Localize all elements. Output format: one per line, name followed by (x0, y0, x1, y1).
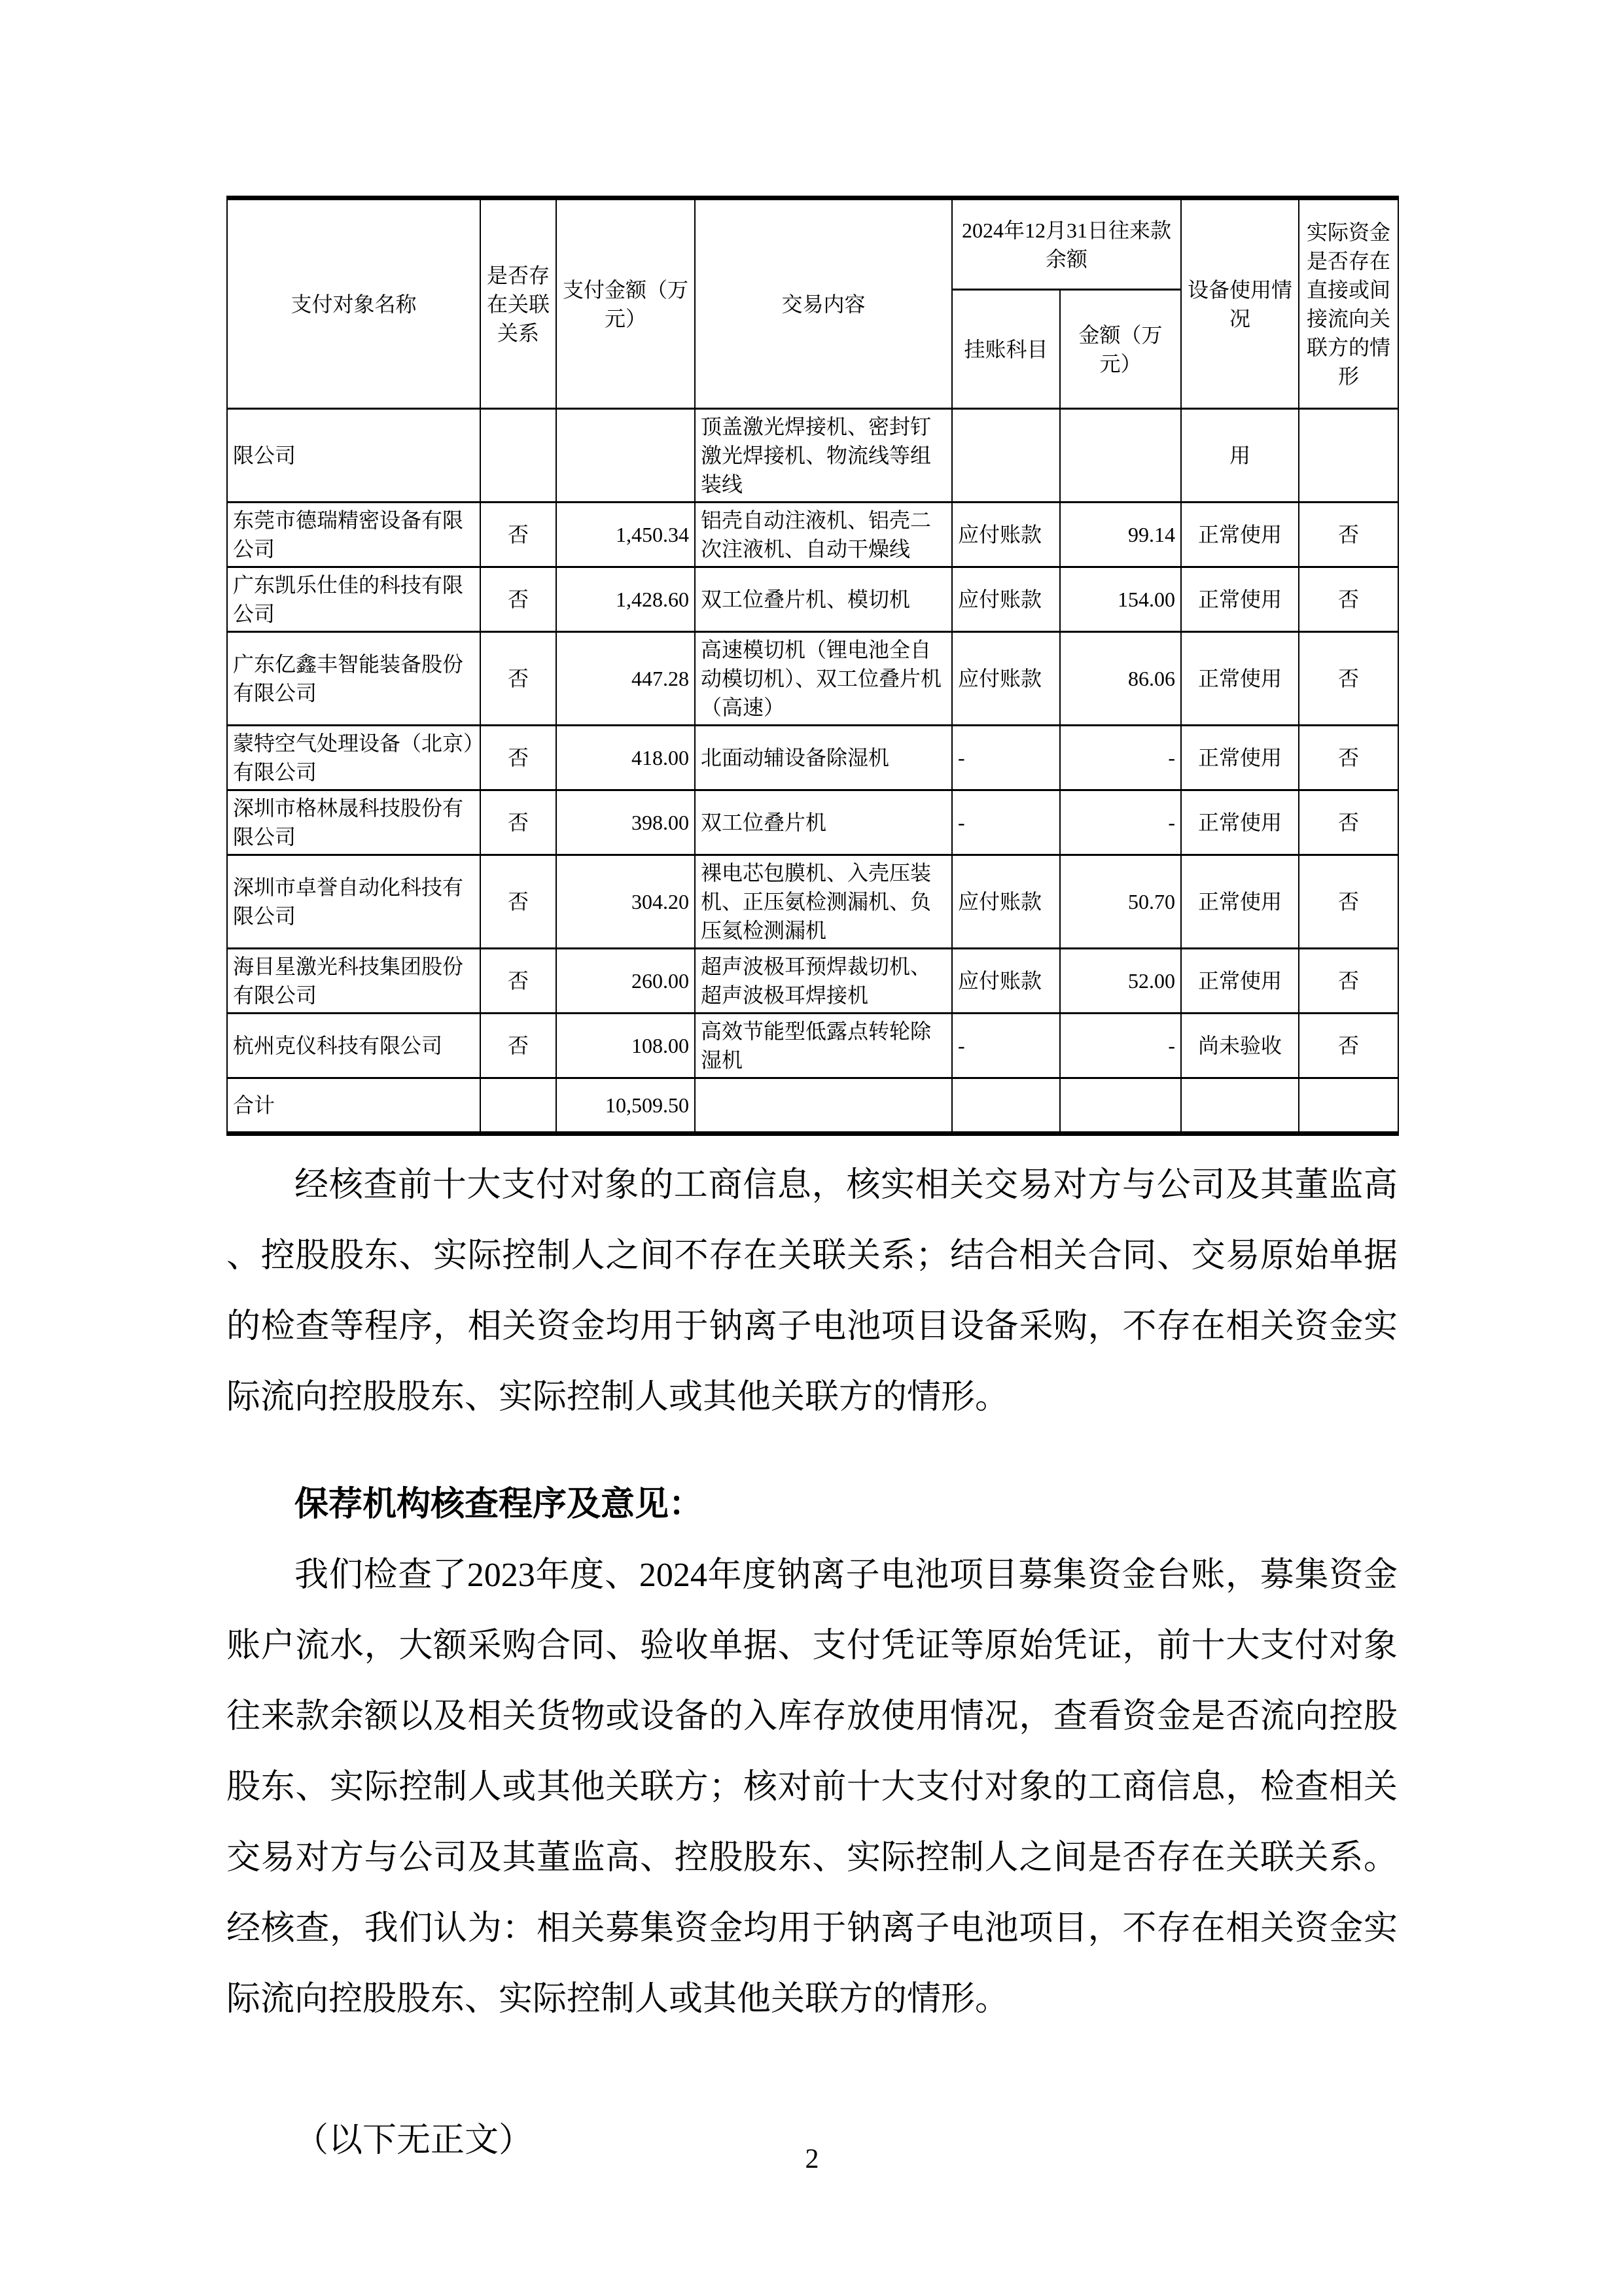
total-row: 合计10,509.50 (227, 1078, 1398, 1134)
cell-usage: 尚未验收 (1181, 1014, 1299, 1078)
table-body: 限公司顶盖激光焊接机、密封钉激光焊接机、物流线等组装线用东莞市德瑞精密设备有限公… (227, 409, 1398, 1134)
cell-account: 应付账款 (952, 567, 1060, 632)
cell-balance: 52.00 (1060, 949, 1181, 1014)
cell-balance (1060, 1078, 1181, 1134)
cell-related: 否 (480, 726, 556, 790)
cell-related: 否 (480, 949, 556, 1014)
cell-usage: 正常使用 (1181, 726, 1299, 790)
cell-amount (556, 409, 695, 503)
cell-content (695, 1078, 952, 1134)
column-header-fund-flow: 实际资金是否存在直接或间接流向关联方的情形 (1299, 198, 1398, 409)
cell-content: 双工位叠片机、模切机 (695, 567, 952, 632)
page-content: 支付对象名称 是否存在关联关系 支付金额（万元） 交易内容 2024年12月31… (226, 0, 1398, 2176)
cell-content: 双工位叠片机 (695, 790, 952, 855)
column-header-balance-amount: 金额（万元） (1060, 290, 1181, 409)
table-row: 东莞市德瑞精密设备有限公司否1,450.34铝壳自动注液机、铝壳二次注液机、自动… (227, 503, 1398, 567)
cell-name: 广东凯乐仕佳的科技有限公司 (227, 567, 480, 632)
cell-amount: 108.00 (556, 1014, 695, 1078)
cell-content: 北面动辅设备除湿机 (695, 726, 952, 790)
cell-amount: 304.20 (556, 855, 695, 949)
table-row: 广东凯乐仕佳的科技有限公司否1,428.60双工位叠片机、模切机应付账款154.… (227, 567, 1398, 632)
cell-amount: 1,450.34 (556, 503, 695, 567)
cell-related (480, 1078, 556, 1134)
cell-flow: 否 (1299, 949, 1398, 1014)
cell-amount: 10,509.50 (556, 1078, 695, 1134)
cell-usage: 正常使用 (1181, 790, 1299, 855)
cell-flow: 否 (1299, 632, 1398, 726)
cell-flow: 否 (1299, 726, 1398, 790)
cell-content: 铝壳自动注液机、铝壳二次注液机、自动干燥线 (695, 503, 952, 567)
table-row: 限公司顶盖激光焊接机、密封钉激光焊接机、物流线等组装线用 (227, 409, 1398, 503)
table-row: 蒙特空气处理设备（北京）有限公司否418.00北面动辅设备除湿机--正常使用否 (227, 726, 1398, 790)
cell-related: 否 (480, 1014, 556, 1078)
header-row-top: 支付对象名称 是否存在关联关系 支付金额（万元） 交易内容 2024年12月31… (227, 198, 1398, 290)
cell-flow: 否 (1299, 503, 1398, 567)
cell-name: 限公司 (227, 409, 480, 503)
cell-name: 蒙特空气处理设备（北京）有限公司 (227, 726, 480, 790)
cell-related: 否 (480, 790, 556, 855)
cell-usage: 正常使用 (1181, 632, 1299, 726)
cell-related: 否 (480, 503, 556, 567)
sponsor-opinion-heading: 保荐机构核查程序及意见： (226, 1470, 1398, 1540)
cell-account: 应付账款 (952, 632, 1060, 726)
cell-flow: 否 (1299, 855, 1398, 949)
cell-usage (1181, 1078, 1299, 1134)
cell-account: 应付账款 (952, 503, 1060, 567)
cell-content: 顶盖激光焊接机、密封钉激光焊接机、物流线等组装线 (695, 409, 952, 503)
cell-usage: 正常使用 (1181, 567, 1299, 632)
cell-name: 杭州克仪科技有限公司 (227, 1014, 480, 1078)
cell-account (952, 1078, 1060, 1134)
cell-name: 广东亿鑫丰智能装备股份有限公司 (227, 632, 480, 726)
cell-usage: 正常使用 (1181, 949, 1299, 1014)
cell-name: 深圳市格林晟科技股份有限公司 (227, 790, 480, 855)
cell-related: 否 (480, 632, 556, 726)
cell-flow: 否 (1299, 790, 1398, 855)
verification-paragraph: 经核查前十大支付对象的工商信息，核实相关交易对方与公司及其董监高、控股股东、实际… (226, 1150, 1398, 1433)
cell-usage: 用 (1181, 409, 1299, 503)
cell-balance: - (1060, 1014, 1181, 1078)
cell-balance: 99.14 (1060, 503, 1181, 567)
cell-balance: 86.06 (1060, 632, 1181, 726)
cell-balance: 50.70 (1060, 855, 1181, 949)
cell-name: 深圳市卓誉自动化科技有限公司 (227, 855, 480, 949)
cell-amount: 398.00 (556, 790, 695, 855)
cell-account: - (952, 726, 1060, 790)
table-row: 深圳市格林晟科技股份有限公司否398.00双工位叠片机--正常使用否 (227, 790, 1398, 855)
cell-flow (1299, 409, 1398, 503)
cell-account: 应付账款 (952, 855, 1060, 949)
cell-balance (1060, 409, 1181, 503)
cell-related: 否 (480, 855, 556, 949)
payments-table: 支付对象名称 是否存在关联关系 支付金额（万元） 交易内容 2024年12月31… (226, 196, 1399, 1136)
cell-account: 应付账款 (952, 949, 1060, 1014)
cell-related: 否 (480, 567, 556, 632)
cell-usage: 正常使用 (1181, 503, 1299, 567)
cell-amount: 447.28 (556, 632, 695, 726)
table-row: 杭州克仪科技有限公司否108.00高效节能型低露点转轮除湿机--尚未验收否 (227, 1014, 1398, 1078)
cell-content: 裸电芯包膜机、入壳压装机、正压氨检测漏机、负压氦检测漏机 (695, 855, 952, 949)
column-header-related-party: 是否存在关联关系 (480, 198, 556, 409)
column-header-balance-group: 2024年12月31日往来款余额 (952, 198, 1181, 290)
document-page: 支付对象名称 是否存在关联关系 支付金额（万元） 交易内容 2024年12月31… (0, 0, 1624, 2296)
cell-content: 高速模切机（锂电池全自动模切机）、双工位叠片机（高速） (695, 632, 952, 726)
cell-balance: 154.00 (1060, 567, 1181, 632)
cell-name: 合计 (227, 1078, 480, 1134)
cell-related (480, 409, 556, 503)
table-row: 深圳市卓誉自动化科技有限公司否304.20裸电芯包膜机、入壳压装机、正压氨检测漏… (227, 855, 1398, 949)
column-header-payee-name: 支付对象名称 (227, 198, 480, 409)
cell-flow (1299, 1078, 1398, 1134)
cell-content: 超声波极耳预焊裁切机、超声波极耳焊接机 (695, 949, 952, 1014)
column-header-transaction-content: 交易内容 (695, 198, 952, 409)
cell-account (952, 409, 1060, 503)
column-header-payment-amount: 支付金额（万元） (556, 198, 695, 409)
table-header: 支付对象名称 是否存在关联关系 支付金额（万元） 交易内容 2024年12月31… (227, 198, 1398, 409)
column-header-equipment-usage: 设备使用情况 (1181, 198, 1299, 409)
table-row: 海目星激光科技集团股份有限公司否260.00超声波极耳预焊裁切机、超声波极耳焊接… (227, 949, 1398, 1014)
cell-usage: 正常使用 (1181, 855, 1299, 949)
page-number: 2 (0, 2144, 1624, 2175)
table-row: 广东亿鑫丰智能装备股份有限公司否447.28高速模切机（锂电池全自动模切机）、双… (227, 632, 1398, 726)
cell-name: 海目星激光科技集团股份有限公司 (227, 949, 480, 1014)
sponsor-opinion-paragraph: 我们检查了2023年度、2024年度钠离子电池项目募集资金台账，募集资金账户流水… (226, 1540, 1398, 2035)
cell-name: 东莞市德瑞精密设备有限公司 (227, 503, 480, 567)
cell-amount: 418.00 (556, 726, 695, 790)
cell-flow: 否 (1299, 1014, 1398, 1078)
cell-account: - (952, 1014, 1060, 1078)
cell-amount: 260.00 (556, 949, 695, 1014)
cell-amount: 1,428.60 (556, 567, 695, 632)
column-header-account-subject: 挂账科目 (952, 290, 1060, 409)
cell-balance: - (1060, 726, 1181, 790)
cell-account: - (952, 790, 1060, 855)
cell-balance: - (1060, 790, 1181, 855)
cell-flow: 否 (1299, 567, 1398, 632)
cell-content: 高效节能型低露点转轮除湿机 (695, 1014, 952, 1078)
